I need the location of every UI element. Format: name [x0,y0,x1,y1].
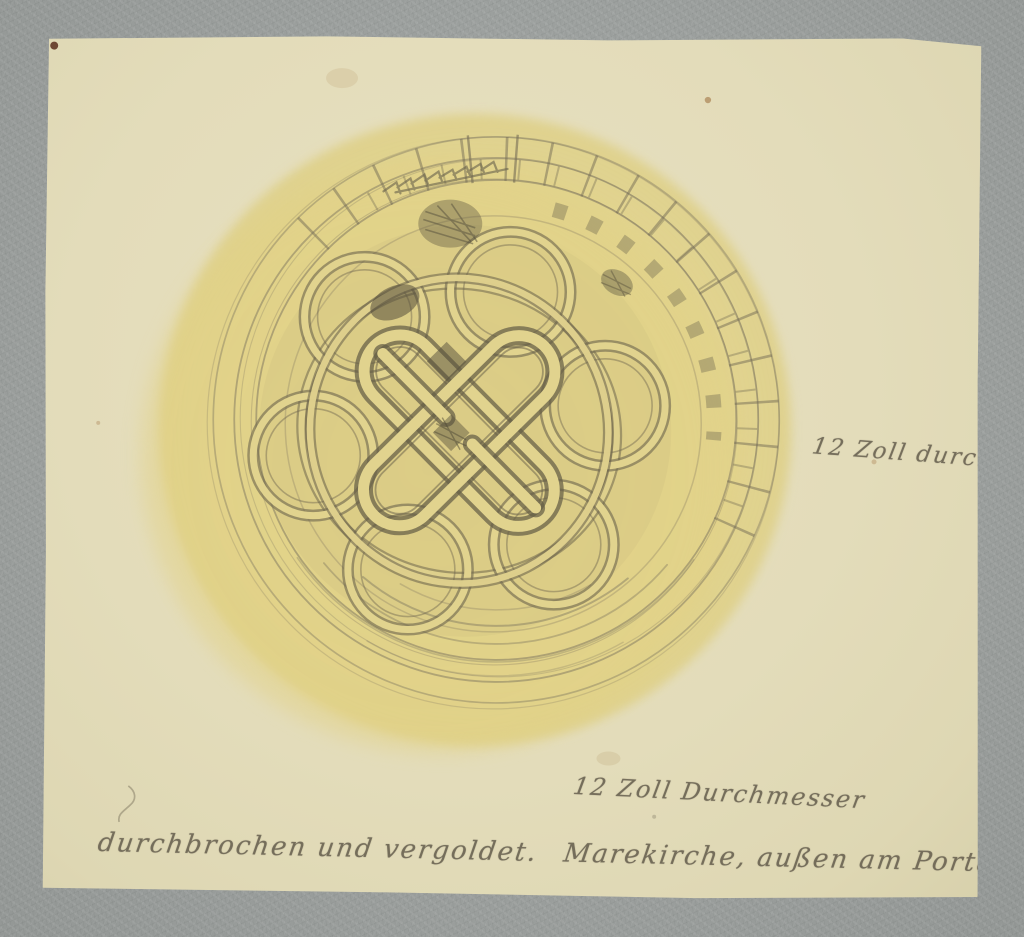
medallion-pencil-drawing [42,34,983,901]
mounting-board: 12 Zoll durchsch. 12 Zoll Durchmesser du… [0,0,1024,937]
paper-sheet: 12 Zoll durchsch. 12 Zoll Durchmesser du… [42,34,983,901]
stray-pencil-mark [119,786,135,822]
